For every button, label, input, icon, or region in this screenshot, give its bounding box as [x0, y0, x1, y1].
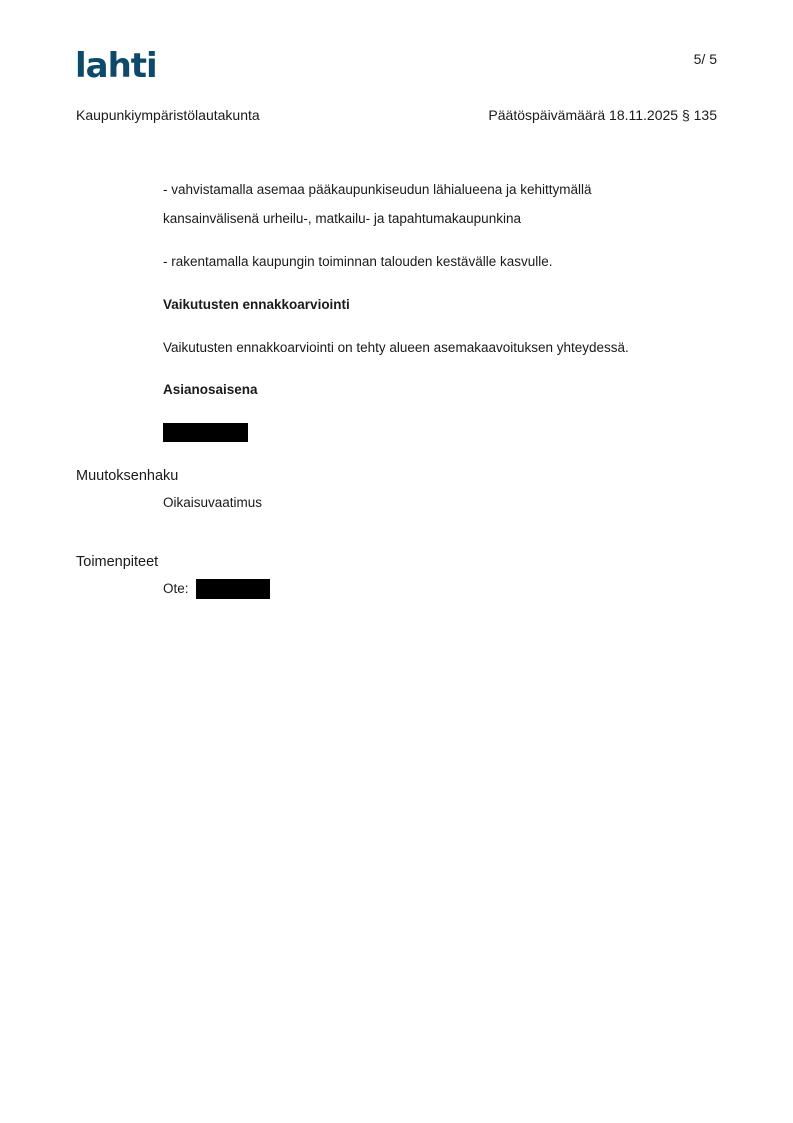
appeal-value: Oikaisuvaatimus — [163, 494, 262, 512]
bullet-1-line-2: kansainvälisenä urheilu-, matkailu- ja t… — [163, 210, 521, 228]
bullet-1-line-1: - vahvistamalla asemaa pääkaupunkiseudun… — [163, 181, 592, 199]
redacted-party — [163, 423, 248, 442]
decision-date: Päätöspäivämäärä 18.11.2025 § 135 — [488, 107, 717, 123]
extract-label: Ote: — [163, 580, 189, 598]
committee-name: Kaupunkiympäristölautakunta — [76, 107, 260, 123]
impact-heading: Vaikutusten ennakkoarviointi — [163, 296, 350, 314]
appeal-heading: Muutoksenhaku — [76, 468, 178, 484]
lahti-logo: lahti — [75, 46, 157, 86]
bullet-2: - rakentamalla kaupungin toiminnan talou… — [163, 253, 552, 271]
party-heading: Asianosaisena — [163, 381, 258, 399]
actions-heading: Toimenpiteet — [76, 554, 158, 570]
page-number: 5/ 5 — [694, 51, 717, 67]
redacted-extract-recipient — [196, 579, 270, 599]
impact-text: Vaikutusten ennakkoarviointi on tehty al… — [163, 339, 629, 357]
